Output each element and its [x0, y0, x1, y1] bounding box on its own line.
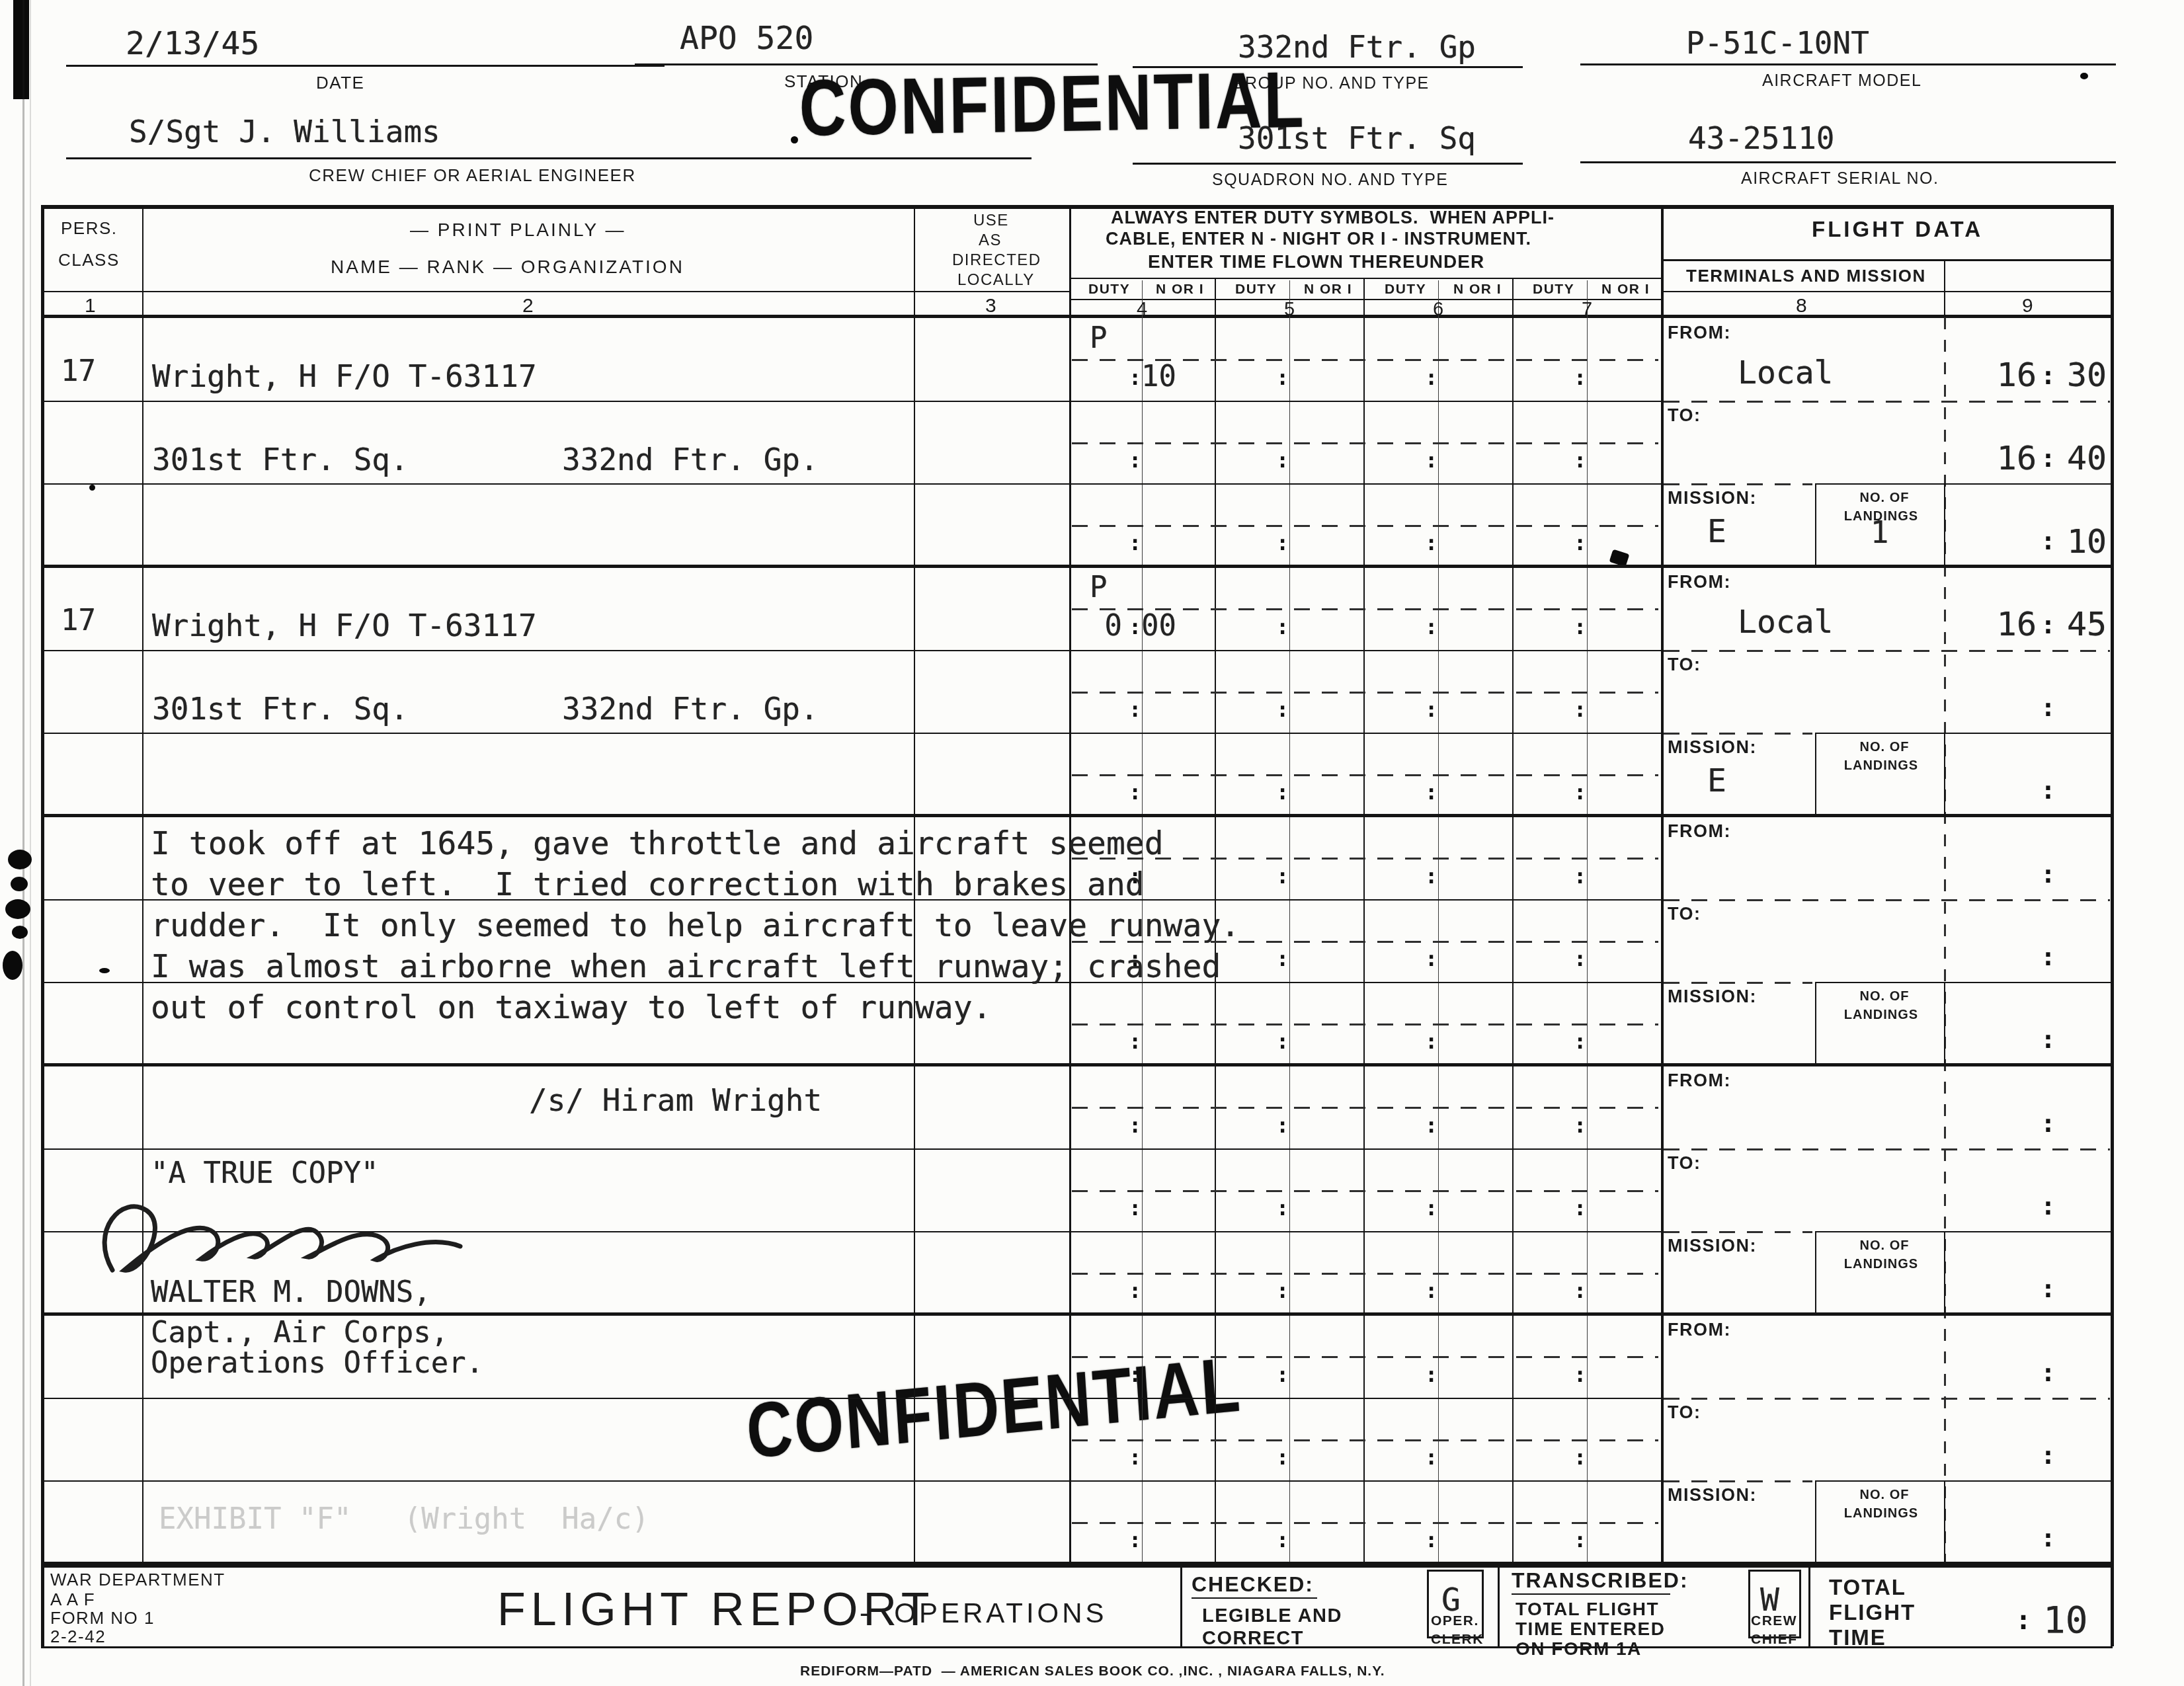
- duty-time-colon: :: [1276, 448, 1289, 473]
- footer-divider: [1180, 1564, 1182, 1646]
- scan-artifact: [89, 485, 95, 491]
- total-flight-time-label: FLIGHT: [1829, 1600, 1916, 1625]
- duty-time-colon: :: [1574, 780, 1586, 805]
- time-colon: :: [2041, 1358, 2056, 1387]
- landings-box-left: [1815, 733, 1816, 816]
- signature-script-svg: [86, 1184, 483, 1290]
- date-value: 2/13/45: [126, 25, 259, 62]
- scan-artifact: [11, 877, 28, 891]
- duty-dashed-line: [1072, 1356, 1658, 1358]
- use-as-directed-label: USE: [973, 212, 1009, 230]
- duty-dashed-line: [1072, 525, 1658, 527]
- duty-time-colon: :: [1425, 1195, 1437, 1221]
- scan-artifact: [5, 899, 30, 919]
- landings-box-top: [1815, 1231, 2113, 1232]
- faint-exhibit-note: EXHIBIT "F" (Wright Ha/c): [159, 1502, 649, 1536]
- transcribed-underline: [1512, 1593, 1670, 1595]
- duty-time-colon: :: [1574, 614, 1586, 639]
- duty-time-colon: :: [1425, 1362, 1437, 1387]
- duty-instructions: ENTER TIME FLOWN THEREUNDER: [1148, 251, 1484, 272]
- table-line: [1661, 205, 1664, 1564]
- duty-time-colon: :: [1276, 614, 1289, 639]
- duty-time-colon: :: [1276, 365, 1289, 390]
- aircraft-model-line: [1580, 63, 2116, 65]
- terminal-from-line: [1664, 899, 2110, 901]
- duty-time-colon: :: [1425, 1527, 1437, 1552]
- entry-org-squadron: 301st Ftr. Sq.: [152, 442, 409, 477]
- landings-box-right: [1944, 1231, 1945, 1314]
- duty-time-colon: :: [1276, 1527, 1289, 1552]
- entry-block-divider: [41, 814, 2113, 817]
- duty-instructions: ALWAYS ENTER DUTY SYMBOLS. WHEN APPLI-: [1111, 208, 1555, 228]
- form-id-line: WAR DEPARTMENT: [50, 1570, 225, 1590]
- closing-title-line: Capt., Air Corps,: [151, 1316, 448, 1349]
- crew-chief-line: [66, 157, 1031, 159]
- scan-artifact: [8, 850, 32, 869]
- time-colon: :: [2041, 1191, 2056, 1221]
- subrow-line: [41, 733, 1661, 734]
- flight-data-divider: [1661, 259, 2113, 261]
- time-colon: :: [2041, 610, 2056, 639]
- closing-title-line: Operations Officer.: [151, 1346, 483, 1380]
- duty-time-colon: :: [1425, 448, 1437, 473]
- duty-time-colon: :: [1129, 530, 1141, 555]
- terminal-mission-label: MISSION:: [1668, 737, 1757, 758]
- duty-time-minutes: 10: [1141, 360, 1176, 393]
- nori-subheader-label: N OR I: [1304, 282, 1352, 298]
- oper-clerk-caption-1: OPER.: [1431, 1613, 1479, 1629]
- scan-edge-mark: [13, 0, 29, 99]
- name-rank-org-label: NAME — RANK — ORGANIZATION: [331, 257, 684, 278]
- terminal-from-value: Local: [1738, 354, 1834, 391]
- duty-time-colon: :: [1425, 1113, 1437, 1138]
- table-line: [1944, 259, 1945, 317]
- terminal-mission-line: [1664, 982, 1812, 984]
- checked-underline: [1192, 1597, 1317, 1599]
- landings-label: NO. OF: [1826, 1488, 1943, 1503]
- narrative-line: I was almost airborne when aircraft left…: [151, 948, 1221, 985]
- table-line: [1069, 299, 1661, 300]
- duty-time-colon: :: [1129, 697, 1141, 722]
- signed-by-line: /s/ Hiram Wright: [529, 1082, 822, 1118]
- narrative-line: to veer to left. I tried correction with…: [151, 866, 1145, 903]
- duty-time-colon: :: [1574, 863, 1586, 889]
- scan-artifact: [2080, 73, 2088, 79]
- aircraft-serial-value: 43-25110: [1688, 120, 1835, 156]
- time-to-hours: 16: [1918, 439, 2037, 477]
- duty-time-colon: :: [1129, 448, 1141, 473]
- table-line: [1069, 278, 1661, 279]
- duty-subheader-label: DUTY: [1385, 282, 1426, 298]
- print-plainly-label: — PRINT PLAINLY —: [410, 220, 626, 241]
- landings-box-right: [1944, 733, 1945, 816]
- col9-number: 9: [2022, 295, 2034, 317]
- duty-col-number: 5: [1284, 299, 1296, 321]
- landings-label: NO. OF: [1826, 740, 1943, 755]
- duty-time-colon: :: [1129, 1527, 1141, 1552]
- table-line: [1289, 280, 1290, 1564]
- time-total-minutes: 10: [2067, 522, 2107, 561]
- duty-col-number: 4: [1137, 299, 1149, 321]
- landings-label: LANDINGS: [1818, 758, 1944, 774]
- duty-time-colon: :: [1425, 530, 1437, 555]
- table-line: [2111, 1564, 2114, 1646]
- duty-time-colon: :: [1129, 1113, 1141, 1138]
- terminals-mission-label: TERMINALS AND MISSION: [1686, 266, 1926, 286]
- flight-report-document: 2/13/45 DATE APO 520 STATION 332nd Ftr. …: [0, 0, 2184, 1686]
- scan-artifact: [99, 968, 110, 973]
- duty-time-colon: :: [1425, 1278, 1437, 1303]
- subrow-line: [41, 1398, 1661, 1399]
- terminal-mission-label: MISSION:: [1668, 1485, 1757, 1505]
- duty-time-colon: :: [1276, 780, 1289, 805]
- landings-label: NO. OF: [1826, 491, 1943, 506]
- landings-label: NO. OF: [1826, 1238, 1943, 1254]
- checked-sub: LEGIBLE AND: [1202, 1605, 1342, 1627]
- terminal-to-label: TO:: [1668, 1402, 1701, 1423]
- time-colon: :: [2041, 526, 2056, 555]
- subrow-line: [41, 1480, 1661, 1482]
- duty-time-colon: :: [1425, 780, 1437, 805]
- subrow-line: [41, 483, 1661, 485]
- narrative-line: rudder. It only seemed to help aircraft …: [151, 907, 1240, 944]
- duty-symbol: P: [1090, 571, 1108, 604]
- landings-count: 1: [1815, 514, 1944, 550]
- time-from-minutes: 30: [2067, 356, 2107, 394]
- terminal-to-label: TO:: [1668, 1153, 1701, 1174]
- entry-name: Wright, H F/O T-63117: [152, 358, 537, 394]
- table-line: [1512, 278, 1514, 1564]
- confidential-stamp-bottom: CONFIDENTIAL: [744, 1340, 1244, 1476]
- nori-subheader-label: N OR I: [1601, 282, 1650, 298]
- report-title-suffix: - OPERATIONS: [860, 1597, 1108, 1629]
- time-colon: :: [2041, 776, 2056, 805]
- form-id-line: 2-2-42: [50, 1626, 106, 1647]
- duty-time-colon: :: [1276, 863, 1289, 889]
- duty-time-colon: :: [1574, 697, 1586, 722]
- time-colon: :: [2041, 942, 2056, 971]
- scan-artifact: [3, 951, 22, 980]
- duty-time-colon: :: [1276, 697, 1289, 722]
- duty-time-colon: :: [1425, 365, 1437, 390]
- form-id-line: FORM NO 1: [50, 1608, 155, 1628]
- duty-col-number: 7: [1582, 299, 1594, 321]
- total-time-colon: :: [2015, 1605, 2031, 1636]
- duty-col-number: 6: [1433, 299, 1445, 321]
- duty-time-colon: :: [1574, 365, 1586, 390]
- time-from-hours: 16: [1918, 605, 2037, 643]
- crew-chief-caption-1: CREW: [1751, 1613, 1797, 1629]
- station-value: APO 520: [680, 20, 813, 57]
- landings-box-left: [1815, 1231, 1816, 1314]
- landings-label: LANDINGS: [1818, 1008, 1944, 1023]
- aircraft-model-label: AIRCRAFT MODEL: [1762, 71, 1921, 91]
- duty-time-colon: :: [1276, 1445, 1289, 1470]
- total-flight-time-label: TOTAL: [1829, 1575, 1906, 1600]
- landings-box-right: [1944, 982, 1945, 1065]
- transcribed-sub: TOTAL FLIGHT: [1516, 1599, 1659, 1620]
- subrow-line: [41, 1148, 1661, 1150]
- terminal-from-label: FROM:: [1668, 323, 1731, 343]
- time-from-minutes: 45: [2067, 605, 2107, 643]
- terminal-from-line: [1664, 1148, 2110, 1150]
- table-header-bottom: [41, 315, 2113, 318]
- oper-clerk-caption-2: CLERK: [1431, 1632, 1484, 1648]
- squadron-line: [1133, 163, 1523, 165]
- confidential-stamp-top: CONFIDENTIAL: [799, 55, 1306, 155]
- landings-box-top: [1815, 483, 2113, 485]
- squadron-label: SQUADRON NO. AND TYPE: [1212, 171, 1449, 190]
- date-line: [66, 65, 665, 67]
- col2-number: 2: [522, 295, 534, 317]
- signature-typed-name: WALTER M. DOWNS,: [151, 1275, 431, 1309]
- aircraft-serial-line: [1580, 161, 2116, 163]
- duty-time-colon: :: [1129, 365, 1141, 390]
- duty-time-colon: :: [1425, 697, 1437, 722]
- duty-time-colon: :: [1276, 1029, 1289, 1054]
- scan-artifact: [12, 926, 28, 939]
- duty-time-colon: :: [1425, 614, 1437, 639]
- landings-label: LANDINGS: [1818, 1257, 1944, 1272]
- duty-dashed-line: [1072, 442, 1658, 444]
- scan-edge-line: [22, 0, 24, 1686]
- terminal-mission-label: MISSION:: [1668, 986, 1757, 1007]
- table-line: [1587, 280, 1588, 1564]
- landings-box-top: [1815, 733, 2113, 734]
- duty-time-colon: :: [1425, 946, 1437, 971]
- duty-time-colon: :: [1574, 1113, 1586, 1138]
- duty-time-colon: :: [1425, 1445, 1437, 1470]
- duty-subheader-label: DUTY: [1235, 282, 1277, 298]
- aircraft-model-value: P-51C-10NT: [1686, 25, 1869, 61]
- duty-time-colon: :: [1129, 780, 1141, 805]
- duty-time-colon: :: [1574, 946, 1586, 971]
- time-colon: :: [2041, 1523, 2056, 1552]
- terminal-from-label: FROM:: [1668, 821, 1731, 842]
- terminal-to-label: TO:: [1668, 655, 1701, 675]
- pers-class-label: CLASS: [58, 250, 120, 270]
- terminal-mission-line: [1664, 733, 1812, 735]
- table-left-border: [41, 205, 44, 1564]
- landings-box-right: [1944, 1480, 1945, 1564]
- footer-divider: [1498, 1564, 1500, 1646]
- landings-box-left: [1815, 1480, 1816, 1564]
- printer-note: REDIFORM—PATD — AMERICAN SALES BOOK CO. …: [800, 1664, 1385, 1679]
- duty-dashed-line: [1072, 692, 1658, 694]
- time-to-minutes: 40: [2067, 439, 2107, 477]
- terminal-from-line: [1664, 401, 2110, 403]
- terminal-from-value: Local: [1738, 604, 1834, 641]
- duty-time-colon: :: [1276, 1278, 1289, 1303]
- transcribed-sub: TIME ENTERED: [1516, 1619, 1665, 1640]
- duty-dashed-line: [1072, 1024, 1658, 1025]
- subrow-line: [41, 401, 1661, 402]
- use-as-directed-label: AS: [979, 231, 1002, 250]
- entry-org-group: 332nd Ftr. Gp.: [562, 442, 819, 477]
- footer-bottom-border: [41, 1646, 2113, 1648]
- duty-time-colon: :: [1574, 1195, 1586, 1221]
- duty-time-colon: :: [1574, 530, 1586, 555]
- scan-artifact: [791, 136, 798, 143]
- duty-subheader-label: DUTY: [1088, 282, 1130, 298]
- flight-data-label: FLIGHT DATA: [1812, 217, 1983, 242]
- duty-time-hours: 0: [1069, 609, 1122, 643]
- crew-chief-value: S/Sgt J. Williams: [129, 114, 440, 149]
- duty-time-colon: :: [1574, 1278, 1586, 1303]
- terminal-from-label: FROM:: [1668, 1320, 1731, 1340]
- duty-dashed-line: [1072, 774, 1658, 776]
- crew-chief-caption-2: CHIEF: [1751, 1632, 1798, 1648]
- entry-org-squadron: 301st Ftr. Sq.: [152, 691, 409, 727]
- terminal-mission-line: [1664, 1231, 1812, 1233]
- terminal-mission-line: [1664, 483, 1812, 485]
- entry-name: Wright, H F/O T-63117: [152, 608, 537, 643]
- duty-time-colon: :: [1129, 1278, 1141, 1303]
- entry-block-divider: [41, 565, 2113, 568]
- terminal-mission-label: MISSION:: [1668, 488, 1757, 508]
- terminal-from-line: [1664, 650, 2110, 652]
- time-colon: :: [2041, 361, 2056, 390]
- entry-pers-class: 17: [61, 604, 96, 637]
- terminal-from-label: FROM:: [1668, 1070, 1731, 1091]
- terminal-mission-line: [1664, 1480, 1812, 1482]
- landings-label: NO. OF: [1826, 989, 1943, 1004]
- date-label: DATE: [316, 73, 364, 93]
- terminal-mission-label: MISSION:: [1668, 1236, 1757, 1256]
- terminal-from-label: FROM:: [1668, 572, 1731, 592]
- nori-subheader-label: N OR I: [1453, 282, 1502, 298]
- duty-time-colon: :: [1574, 1362, 1586, 1387]
- landings-box-right: [1944, 483, 1945, 567]
- duty-time-colon: :: [1425, 863, 1437, 889]
- duty-time-colon: :: [1425, 1029, 1437, 1054]
- terminal-from-line: [1664, 1398, 2110, 1400]
- table-right-border: [2111, 205, 2114, 1564]
- duty-time-colon: :: [1129, 1362, 1141, 1387]
- mission-symbol: E: [1707, 762, 1726, 799]
- duty-time-colon: :: [1276, 1362, 1289, 1387]
- col3-number: 3: [985, 295, 997, 317]
- crew-chief-label: CREW CHIEF OR AERIAL ENGINEER: [309, 165, 636, 186]
- duty-time-colon: :: [1276, 1113, 1289, 1138]
- scan-edge-line: [30, 0, 31, 1686]
- form-id-line: A A F: [50, 1589, 95, 1610]
- duty-dashed-line: [1072, 1439, 1658, 1441]
- narrative-line: out of control on taxiway to left of run…: [151, 989, 992, 1026]
- duty-time-colon: :: [1129, 1029, 1141, 1054]
- time-colon: :: [2041, 444, 2056, 473]
- aircraft-serial-label: AIRCRAFT SERIAL NO.: [1741, 169, 1939, 188]
- duty-instructions: CABLE, ENTER N - NIGHT OR I - INSTRUMENT…: [1106, 229, 1531, 249]
- duty-symbol: P: [1090, 321, 1108, 355]
- duty-time-minutes: 00: [1141, 609, 1176, 643]
- pers-class-label: PERS.: [61, 218, 118, 239]
- checked-label: CHECKED:: [1192, 1572, 1314, 1597]
- duty-time-colon: :: [1276, 1195, 1289, 1221]
- duty-time-colon: :: [1276, 946, 1289, 971]
- time-colon: :: [2041, 693, 2056, 722]
- footer-top-border: [41, 1564, 2113, 1568]
- table-line: [1661, 291, 2113, 292]
- landings-label: LANDINGS: [1818, 1506, 1944, 1521]
- mission-symbol: E: [1707, 513, 1726, 550]
- duty-time-colon: :: [1129, 1445, 1141, 1470]
- time-from-hours: 16: [1918, 356, 2037, 394]
- table-line: [1438, 280, 1439, 1564]
- subrow-line: [41, 650, 1661, 651]
- duty-dashed-line: [1072, 1273, 1658, 1275]
- time-colon: :: [2041, 1025, 2056, 1054]
- narrative-line: I took off at 1645, gave throttle and ai…: [151, 825, 1164, 862]
- time-colon: :: [2041, 1109, 2056, 1138]
- table-top-border: [41, 205, 2113, 209]
- col1-number: 1: [85, 295, 97, 317]
- duty-dashed-line: [1072, 1522, 1658, 1524]
- terminal-to-label: TO:: [1668, 904, 1701, 924]
- duty-time-colon: :: [1574, 1445, 1586, 1470]
- nori-subheader-label: N OR I: [1156, 282, 1204, 298]
- time-colon: :: [2041, 1274, 2056, 1303]
- landings-box-top: [1815, 982, 2113, 983]
- footer-divider: [1808, 1564, 1810, 1646]
- duty-time-colon: :: [1129, 1195, 1141, 1221]
- duty-time-colon: :: [1574, 1527, 1586, 1552]
- duty-time-colon: :: [1574, 1029, 1586, 1054]
- time-colon: :: [2041, 860, 2056, 889]
- entry-block-divider: [41, 1063, 2113, 1066]
- entry-pers-class: 17: [61, 354, 96, 388]
- table-line: [41, 1564, 44, 1646]
- use-as-directed-label: DIRECTED: [952, 251, 1041, 270]
- table-line: [1363, 278, 1365, 1564]
- transcribed-label: TRANSCRIBED:: [1512, 1568, 1689, 1593]
- duty-time-colon: :: [1129, 614, 1141, 639]
- entry-org-group: 332nd Ftr. Gp.: [562, 691, 819, 727]
- duty-time-colon: :: [1574, 448, 1586, 473]
- duty-dashed-line: [1072, 1107, 1658, 1109]
- duty-subheader-label: DUTY: [1533, 282, 1574, 298]
- table-line: [142, 205, 143, 1564]
- duty-time-colon: :: [1276, 530, 1289, 555]
- total-flight-time-value: 10: [2043, 1599, 2087, 1642]
- landings-box-left: [1815, 982, 1816, 1065]
- use-as-directed-label: LOCALLY: [957, 271, 1035, 290]
- terminal-to-label: TO:: [1668, 405, 1701, 426]
- col8-number: 8: [1796, 295, 1808, 317]
- signature-script: [86, 1184, 483, 1290]
- duty-dashed-line: [1072, 1190, 1658, 1192]
- transcribed-sub: ON FORM 1A: [1516, 1638, 1642, 1660]
- time-colon: :: [2041, 1441, 2056, 1470]
- landings-box-top: [1815, 1480, 2113, 1482]
